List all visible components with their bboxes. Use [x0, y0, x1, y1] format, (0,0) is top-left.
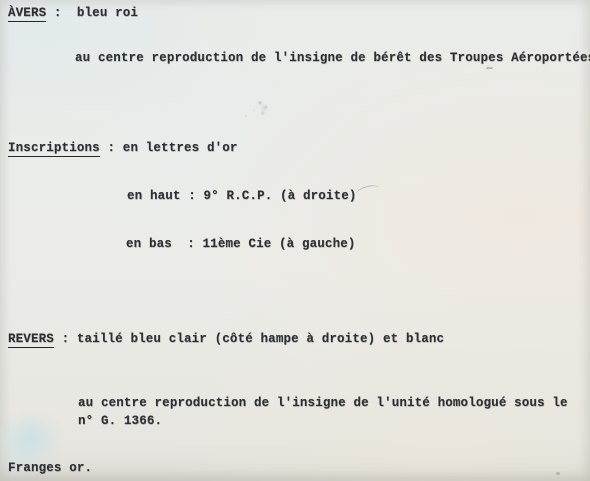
avers-heading: ÀVERS	[8, 6, 46, 22]
revers-heading: REVERS	[8, 332, 54, 348]
paper-speck	[556, 472, 560, 475]
avers-separator: :	[46, 6, 77, 20]
inscriptions-heading: Inscriptions	[8, 141, 100, 157]
inscription-bottom-line: en bas : 11ème Cie (à gauche)	[126, 237, 356, 252]
inscriptions-line: Inscriptions : en lettres d'or	[8, 141, 238, 156]
revers-line: REVERS : taillé bleu clair (côté hampe à…	[8, 332, 444, 347]
revers-separator: :	[54, 332, 77, 346]
ink-smudge	[244, 94, 278, 122]
revers-detail-line-1: au centre reproduction de l'insigne de l…	[78, 396, 568, 411]
inscriptions-separator: :	[100, 141, 123, 155]
avers-value: bleu roi	[77, 6, 138, 20]
inscription-top-line: en haut : 9° R.C.P. (à droite)	[127, 189, 357, 204]
avers-line: ÀVERS : bleu roi	[8, 6, 138, 21]
avers-detail-line: au centre reproduction de l'insigne de b…	[75, 51, 590, 66]
franges-line: Franges or.	[8, 461, 92, 476]
pencil-scratch-mark	[355, 183, 381, 199]
revers-detail-line-2: n° G. 1366.	[78, 414, 162, 429]
scanned-typewritten-document: ~ ÀVERS : bleu roi au centre reproductio…	[0, 0, 590, 481]
revers-value: taillé bleu clair (côté hampe à droite) …	[77, 332, 444, 346]
inscriptions-value: en lettres d'or	[123, 141, 238, 155]
